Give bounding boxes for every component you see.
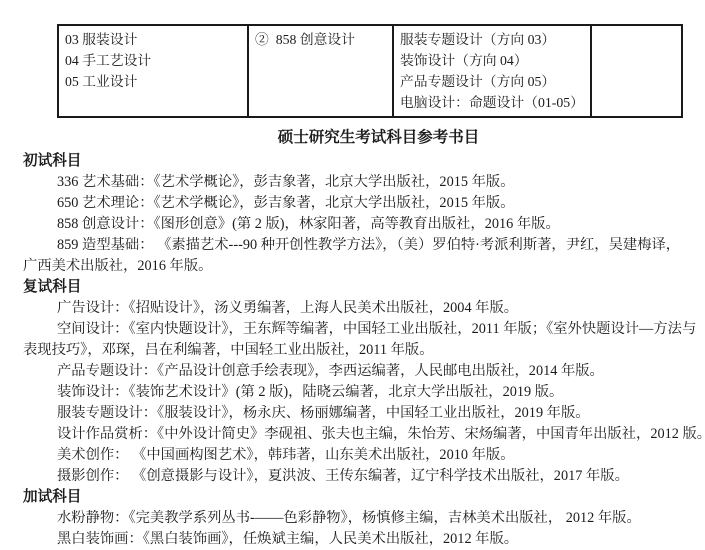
- book-entry-continuation: 广西美术出版社，2016 年版。: [23, 256, 705, 277]
- book-entry: 服装专题设计：《服装设计》，杨永庆、杨丽娜编著，中国轻工业出版社，2019 年版…: [23, 403, 705, 424]
- book-entry-continuation: 表现技巧》，邓琛，吕在利编著，中国轻工业出版社，2011 年版。: [23, 340, 705, 361]
- retest-subject-item: 电脑设计：命题设计（01-05）: [400, 92, 584, 113]
- retest-subject-item: 服装专题设计（方向 03）: [400, 29, 584, 50]
- program-table: 03 服装设计 04 手工艺设计 05 工业设计 ② 858 创意设计 服装专题…: [57, 24, 683, 118]
- book-entry: 858 创意设计：《图形创意》(第 2 版)，林家阳著，高等教育出版社，2016…: [23, 214, 705, 235]
- retest-subject-item: 装饰设计（方向 04）: [400, 50, 584, 71]
- section-heading-additional-exam: 加试科目: [23, 487, 705, 508]
- book-entry: 859 造型基础： 《素描艺术---90 种开创性教学方法》，（美）罗伯特·考派…: [23, 235, 705, 256]
- book-entry: 黑白装饰画：《黑白装饰画》，任焕斌主编，人民美术出版社，2012 年版。: [23, 529, 705, 550]
- table-cell-empty: [591, 25, 682, 117]
- section-heading-retest: 复试科目: [23, 277, 705, 298]
- table-cell-exam-subject: ② 858 创意设计: [248, 25, 393, 117]
- reference-book-list: 初试科目 336 艺术基础：《艺术学概论》，彭吉象著，北京大学出版社，2015 …: [23, 151, 705, 550]
- document-page: { "colors": { "background": "#ffffff", "…: [0, 0, 705, 550]
- book-entry: 650 艺术理论：《艺术学概论》，彭吉象著，北京大学出版社，2015 年版。: [23, 193, 705, 214]
- book-entry: 设计作品赏析：《中外设计简史》李砚祖、张夫也主编，朱怡芳、宋炀编著，中国青年出版…: [23, 424, 705, 445]
- table-row: 03 服装设计 04 手工艺设计 05 工业设计 ② 858 创意设计 服装专题…: [58, 25, 682, 117]
- retest-subject-item: 产品专题设计（方向 05）: [400, 71, 584, 92]
- book-entry: 美术创作： 《中国画构图艺术》，韩玮著，山东美术出版社，2010 年版。: [23, 445, 705, 466]
- direction-item: 05 工业设计: [65, 71, 241, 92]
- book-entry: 装饰设计：《装饰艺术设计》(第 2 版)，陆晓云编著，北京大学出版社，2019 …: [23, 382, 705, 403]
- exam-subject-item: ② 858 创意设计: [255, 29, 386, 50]
- direction-item: 03 服装设计: [65, 29, 241, 50]
- book-entry: 摄影创作： 《创意摄影与设计》，夏洪波、王传东编著，辽宁科学技术出版社，2017…: [23, 466, 705, 487]
- table-cell-directions: 03 服装设计 04 手工艺设计 05 工业设计: [58, 25, 248, 117]
- book-entry: 产品专题设计：《产品设计创意手绘表现》，李西运编著，人民邮电出版社，2014 年…: [23, 361, 705, 382]
- book-entry: 空间设计：《室内快题设计》，王东辉等编著，中国轻工业出版社，2011 年版；《室…: [23, 319, 705, 340]
- page-title: 硕士研究生考试科目参考书目: [0, 127, 705, 148]
- book-entry: 广告设计：《招贴设计》，汤义勇编著，上海人民美术出版社，2004 年版。: [23, 298, 705, 319]
- direction-item: 04 手工艺设计: [65, 50, 241, 71]
- section-heading-first-exam: 初试科目: [23, 151, 705, 172]
- table-cell-retest-subjects: 服装专题设计（方向 03） 装饰设计（方向 04） 产品专题设计（方向 05） …: [393, 25, 591, 117]
- book-entry: 336 艺术基础：《艺术学概论》，彭吉象著，北京大学出版社，2015 年版。: [23, 172, 705, 193]
- book-entry: 水粉静物：《完美教学系列丛书-——色彩静物》，杨慎修主编，吉林美术出版社， 20…: [23, 508, 705, 529]
